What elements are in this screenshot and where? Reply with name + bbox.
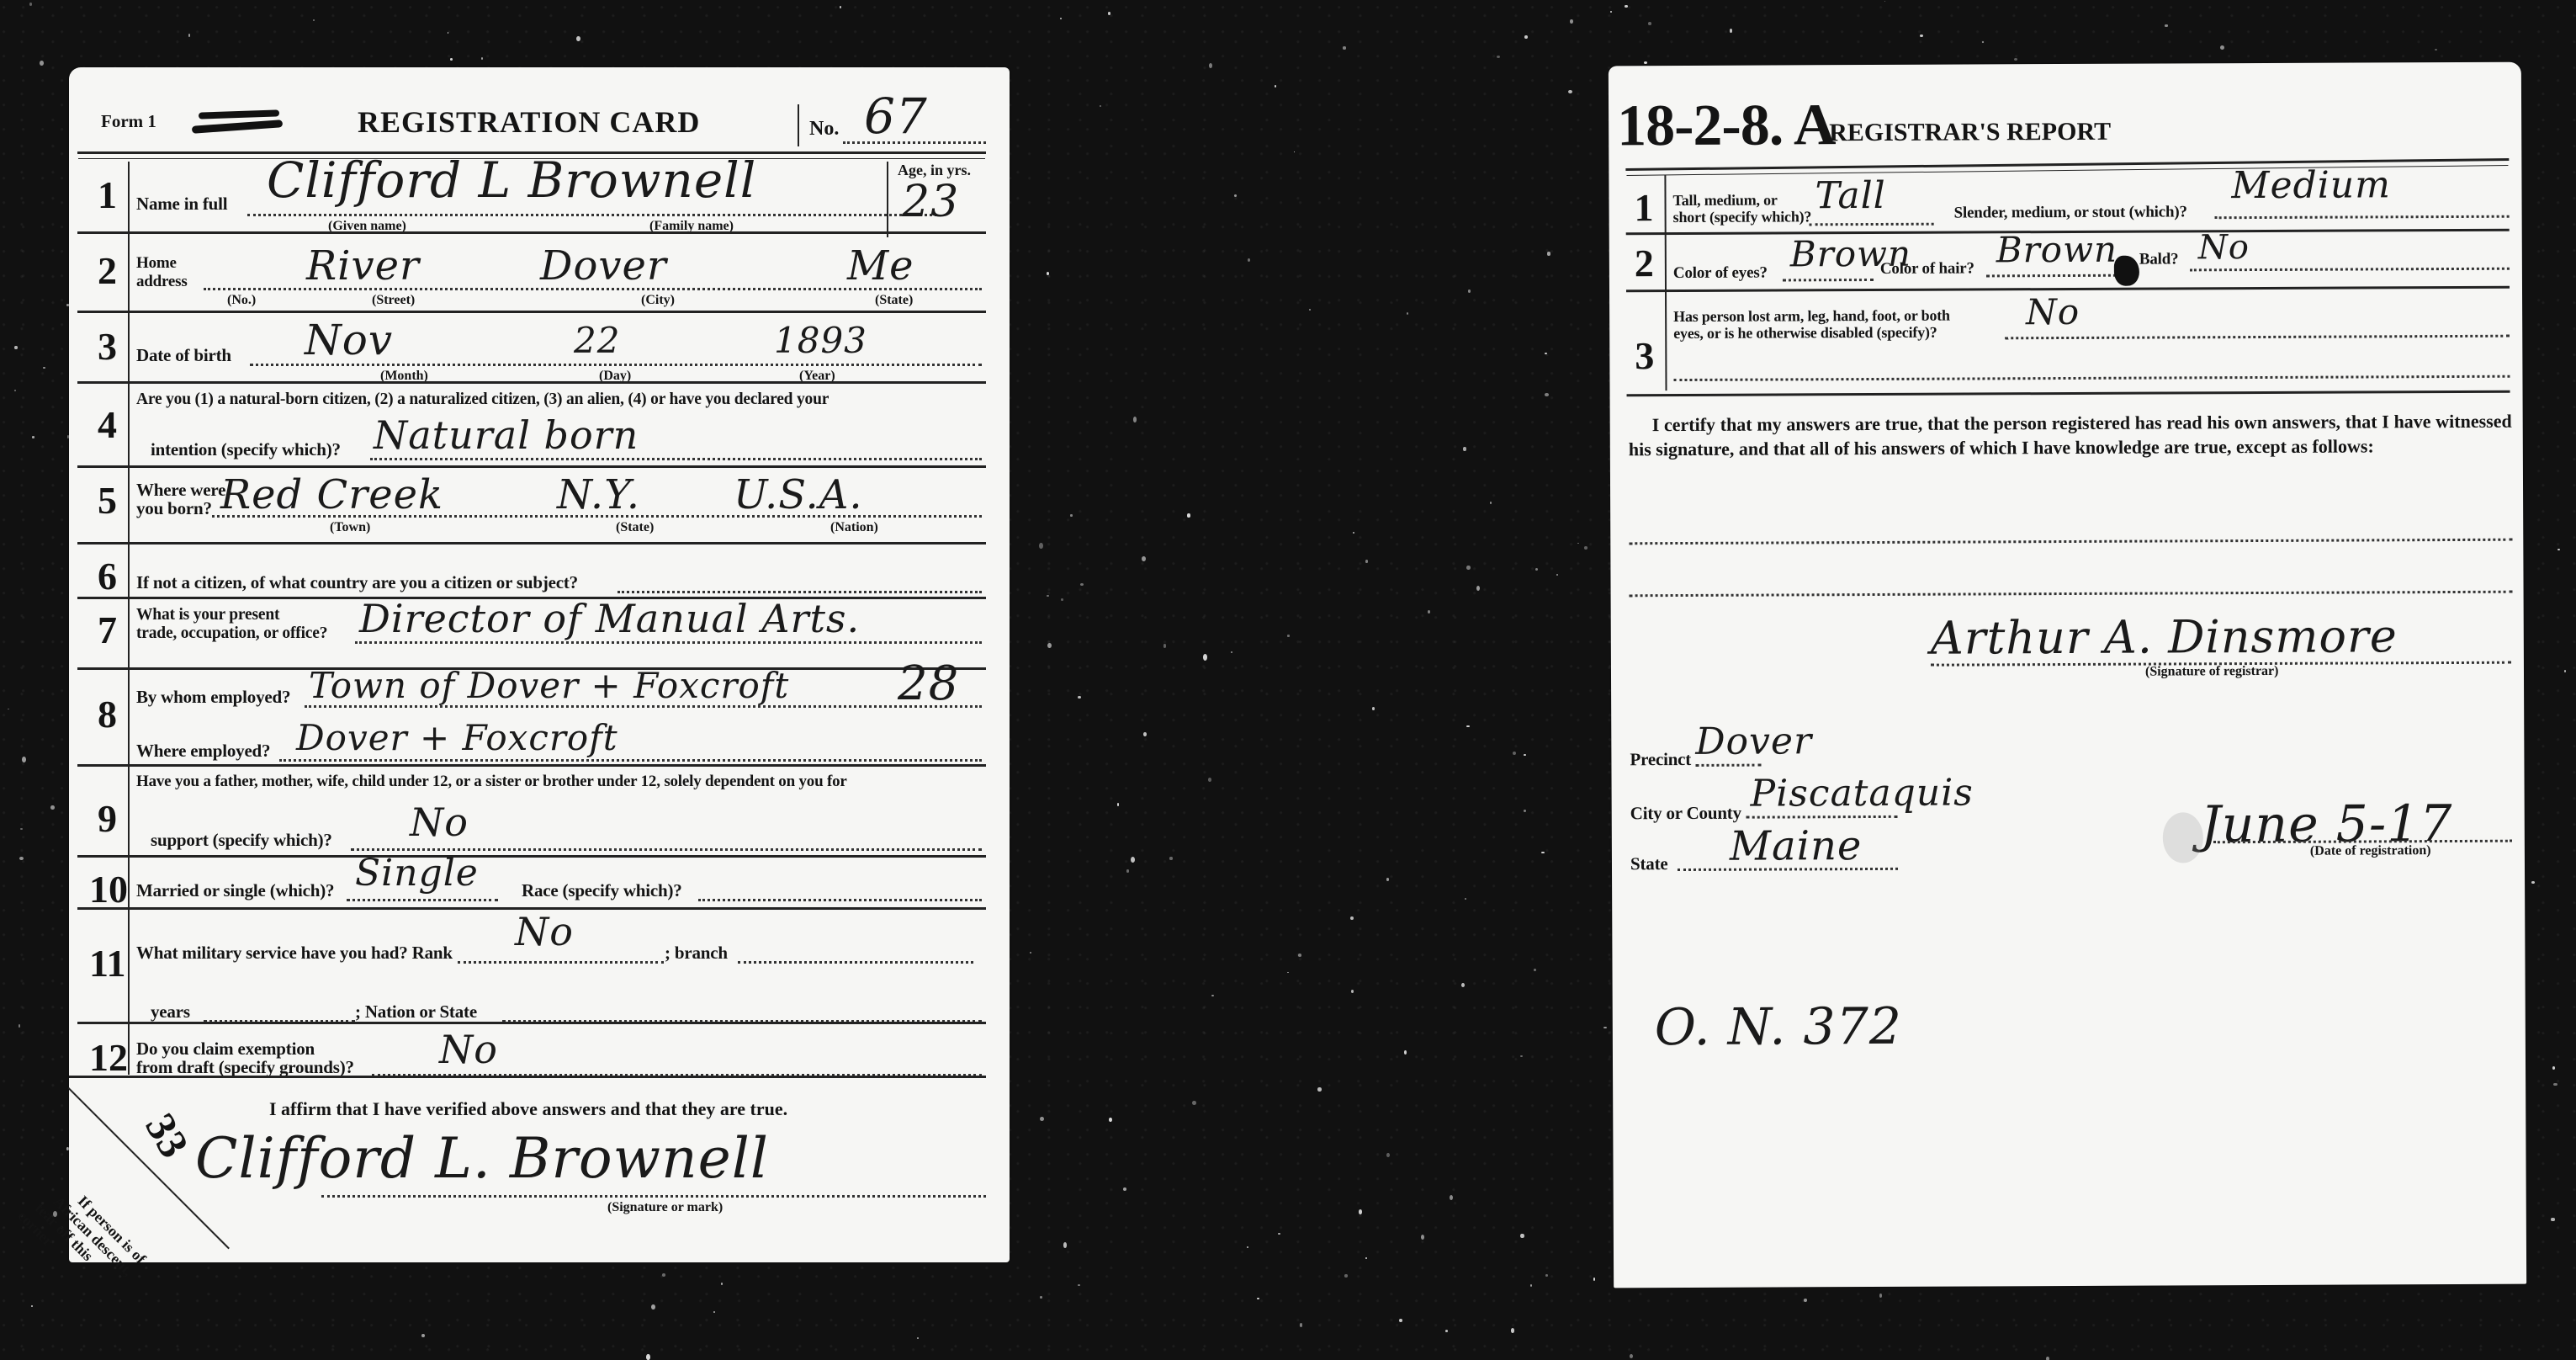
- divider: [798, 104, 799, 146]
- foreign-citizenship-label: If not a citizen, of what country are yo…: [136, 572, 578, 593]
- noise-speck: [1248, 258, 1250, 262]
- row-rule: [77, 231, 986, 234]
- noise-speck: [2435, 49, 2437, 50]
- row-number: 12: [89, 1035, 128, 1080]
- noise-speck: [1365, 560, 1368, 563]
- number-label: No.: [809, 118, 839, 141]
- build-label: Slender, medium, or stout (which)?: [1954, 203, 2187, 222]
- noise-speck: [1040, 1117, 1044, 1121]
- noise-speck: [1541, 852, 1544, 853]
- dob-year: 1893: [774, 320, 867, 361]
- citizenship-question: Are you (1) a natural-born citizen, (2) …: [136, 390, 829, 409]
- hair-color-value: Brown: [1996, 229, 2118, 271]
- citizenship-value: Natural born: [374, 412, 639, 458]
- noise-speck: [1804, 1299, 1807, 1302]
- noise-speck: [1625, 5, 1627, 8]
- ink-blot: [2114, 256, 2139, 286]
- noise-speck: [1524, 754, 1526, 756]
- sublabel: (Street): [372, 293, 415, 308]
- noise-speck: [2551, 1218, 2554, 1220]
- noise-speck: [1879, 1294, 1882, 1298]
- noise-speck: [1117, 803, 1120, 806]
- noise-speck: [448, 32, 449, 34]
- noise-speck: [1465, 898, 1466, 900]
- noise-speck: [1211, 995, 1214, 996]
- military-rank-value: No: [515, 909, 574, 954]
- hair-color-label: Color of hair?: [1880, 259, 1974, 278]
- address-label: Home: [136, 254, 177, 273]
- dotted-line: [1695, 764, 1761, 767]
- military-rank-label: What military service have you had? Rank: [136, 943, 453, 964]
- registration-date-caption: (Date of registration): [2310, 843, 2431, 859]
- dotted-line: [355, 641, 982, 644]
- noise-speck: [1351, 990, 1354, 993]
- row-rule: [77, 855, 986, 858]
- noise-speck: [1463, 447, 1466, 451]
- noise-speck: [1298, 954, 1301, 957]
- noise-speck: [1344, 1274, 1348, 1277]
- noise-speck: [1520, 1055, 1522, 1057]
- birth-town: Red Creek: [220, 471, 443, 518]
- marital-status-value: Single: [355, 852, 479, 895]
- state-value: Maine: [1730, 822, 1863, 870]
- noise-speck: [1287, 972, 1289, 973]
- signature-line: [321, 1195, 986, 1198]
- row-rule: [1627, 390, 2510, 397]
- dotted-line: [2190, 268, 2510, 272]
- row-number: 7: [98, 608, 117, 652]
- card-number: 67: [864, 88, 928, 145]
- dependents-question: Have you a father, mother, wife, child u…: [136, 773, 847, 791]
- noise-speck: [1275, 85, 1277, 88]
- street-value: River: [306, 242, 420, 290]
- noise-speck: [1407, 312, 1408, 315]
- noise-speck: [8, 709, 9, 710]
- registrar-caption: (Signature of registrar): [2145, 664, 2279, 680]
- noise-speck: [721, 1283, 723, 1284]
- birthplace-label: you born?: [136, 498, 212, 519]
- dotted-line: [458, 961, 664, 964]
- noise-speck: [1468, 290, 1471, 293]
- race-label: Race (specify which)?: [522, 880, 682, 901]
- row-number: 1: [98, 173, 117, 217]
- sublabel: (State): [616, 520, 654, 535]
- noise-speck: [1513, 752, 1516, 755]
- dotted-line: [347, 899, 498, 901]
- row-rule: [77, 465, 986, 468]
- noise-speck: [1131, 857, 1135, 863]
- noise-speck: [450, 58, 453, 61]
- noise-speck: [1070, 514, 1072, 517]
- row-rule: [69, 1076, 986, 1078]
- noise-speck: [1047, 272, 1049, 275]
- annotation-note: O. N. 372: [1655, 997, 1902, 1057]
- row-rule: [77, 764, 986, 767]
- state-value: Me: [847, 242, 914, 290]
- signature-caption: (Signature or mark): [607, 1200, 723, 1215]
- build-value: Medium: [2231, 163, 2391, 207]
- noise-speck: [188, 34, 191, 37]
- noise-speck: [1231, 651, 1232, 654]
- dotted-line: [2005, 335, 2510, 340]
- bald-value: No: [2198, 228, 2250, 267]
- noise-speck: [1063, 1242, 1067, 1248]
- tear-off-note: If person is of African descent, tear of…: [14, 1170, 150, 1305]
- noise-speck: [1040, 1296, 1042, 1299]
- noise-speck: [1278, 1233, 1280, 1235]
- noise-speck: [840, 6, 841, 8]
- noise-speck: [1126, 869, 1130, 872]
- dotted-line: [279, 759, 982, 762]
- noise-speck: [1884, 1, 1886, 2]
- noise-speck: [1490, 502, 1492, 504]
- noise-speck: [1080, 583, 1084, 586]
- noise-speck: [1350, 916, 1354, 920]
- noise-speck: [2046, 1357, 2049, 1360]
- noise-speck: [1520, 1234, 1524, 1239]
- noise-speck: [313, 19, 315, 21]
- noise-speck: [1603, 1027, 1606, 1029]
- height-label: Tall, medium, or: [1672, 191, 1777, 210]
- row-number: 2: [98, 248, 117, 293]
- noise-speck: [22, 757, 26, 762]
- noise-speck: [1353, 532, 1354, 534]
- noise-speck: [1300, 1323, 1302, 1326]
- card-title: REGISTRATION CARD: [358, 104, 700, 140]
- precinct-value: Dover: [1695, 720, 1812, 763]
- noise-speck: [1577, 543, 1579, 544]
- divider: [887, 162, 888, 237]
- row-number: 10: [89, 867, 128, 911]
- noise-speck: [1445, 1330, 1448, 1332]
- noise-speck: [713, 1311, 715, 1313]
- dotted-line: [1746, 815, 1898, 819]
- noise-speck: [1584, 546, 1588, 550]
- noise-speck: [2553, 1083, 2557, 1086]
- registrars-report-card: 18-2-8. A REGISTRAR'S REPORT 1 Tall, med…: [1609, 62, 2526, 1288]
- crossed-out-mark: [192, 106, 284, 135]
- noise-speck: [1294, 151, 1296, 152]
- noise-speck: [1644, 61, 1647, 64]
- certification-text: I certify that my answers are true, that…: [1629, 409, 2512, 462]
- disability-label: Has person lost arm, leg, hand, foot, or…: [1673, 307, 1950, 326]
- noise-speck: [481, 57, 483, 60]
- noise-speck: [1030, 952, 1031, 954]
- noise-speck: [1208, 778, 1211, 782]
- noise-speck: [1547, 252, 1550, 255]
- marital-status-label: Married or single (which)?: [136, 880, 334, 901]
- noise-speck: [1287, 635, 1291, 637]
- row-rule: [77, 1022, 986, 1024]
- noise-speck: [421, 1334, 425, 1337]
- noise-speck: [1404, 1050, 1407, 1055]
- noise-speck: [1535, 568, 1538, 571]
- precinct-label: Precinct: [1630, 749, 1691, 770]
- stamp-number: 33: [135, 1105, 199, 1166]
- form-code: 18-2-8. A: [1617, 92, 1836, 160]
- faint-smudge: [2163, 812, 2203, 863]
- noise-speck: [40, 61, 44, 66]
- noise-speck: [1466, 725, 1470, 728]
- eye-color-label: Color of eyes?: [1673, 264, 1768, 283]
- noise-speck: [2557, 549, 2560, 550]
- noise-speck: [1133, 417, 1137, 422]
- registration-card: Form 1 REGISTRATION CARD No. 67 1 Name i…: [69, 67, 1010, 1262]
- birth-state: N.Y.: [557, 471, 640, 518]
- report-title: REGISTRAR'S REPORT: [1829, 118, 2111, 147]
- noise-speck: [1450, 1195, 1453, 1200]
- noise-speck: [1109, 1118, 1111, 1122]
- noise-speck: [1372, 707, 1375, 710]
- sublabel: (City): [641, 293, 675, 308]
- dotted-line: [351, 848, 982, 851]
- noise-speck: [1524, 35, 1528, 39]
- noise-speck: [651, 1304, 655, 1310]
- noise-speck: [1061, 598, 1063, 602]
- noise-speck: [1630, 1354, 1633, 1358]
- noise-speck: [2014, 58, 2017, 61]
- noise-speck: [1047, 643, 1052, 648]
- height-value: Tall: [1815, 174, 1886, 217]
- row-number: 5: [98, 478, 117, 523]
- exception-line: [1630, 591, 2513, 598]
- noise-speck: [31, 1305, 33, 1307]
- exemption-value: No: [439, 1027, 498, 1072]
- noise-speck: [1169, 857, 1173, 859]
- noise-speck: [1568, 90, 1572, 93]
- noise-speck: [1421, 1235, 1424, 1240]
- dotted-line: [1783, 279, 1874, 281]
- row-number: 6: [98, 554, 117, 598]
- noise-speck: [1078, 1284, 1080, 1286]
- noise-speck: [1108, 12, 1110, 14]
- noise-speck: [1317, 1087, 1321, 1092]
- noise-speck: [1234, 194, 1237, 197]
- noise-speck: [662, 1273, 665, 1277]
- occupation-label: trade, occupation, or office?: [136, 624, 327, 643]
- noise-speck: [1920, 35, 1923, 37]
- registrant-signature: Clifford L. Brownell: [195, 1126, 769, 1191]
- noise-speck: [14, 346, 17, 349]
- noise-speck: [1209, 63, 1212, 68]
- noise-speck: [29, 3, 32, 5]
- noise-speck: [1982, 41, 1984, 43]
- noise-speck: [1100, 105, 1101, 107]
- dob-month: Nov: [305, 316, 393, 364]
- row-number: 3: [1635, 333, 1654, 378]
- noise-speck: [1593, 1278, 1596, 1281]
- noise-speck: [32, 436, 35, 438]
- dotted-line: [1810, 223, 1934, 226]
- noise-speck: [1309, 309, 1311, 311]
- disability-value: No: [2026, 291, 2080, 332]
- noise-speck: [1187, 513, 1190, 517]
- age-value: 23: [902, 177, 959, 227]
- noise-speck: [1730, 29, 1733, 34]
- noise-speck: [1359, 1209, 1362, 1214]
- noise-speck: [43, 367, 45, 369]
- noise-speck: [1545, 1274, 1548, 1278]
- number-column-rule: [1664, 175, 1667, 390]
- dotted-line: [617, 591, 982, 593]
- registrar-signature: Arthur A. Dinsmore: [1931, 609, 2398, 664]
- dob-day: 22: [574, 320, 620, 361]
- noise-speck: [2220, 45, 2224, 50]
- noise-speck: [1257, 1298, 1259, 1299]
- noise-speck: [1386, 1153, 1390, 1157]
- noise-speck: [1399, 1319, 1402, 1322]
- affirmation-text: I affirm that I have verified above answ…: [269, 1098, 787, 1120]
- noise-speck: [1078, 696, 1081, 699]
- sublabel: (State): [875, 293, 913, 308]
- employer-value: Town of Dover + Foxcroft: [309, 665, 789, 706]
- noise-speck: [1365, 1257, 1367, 1259]
- row-number: 9: [98, 796, 117, 841]
- military-branch-label: ; branch: [665, 943, 728, 964]
- height-label: short (specify which)?: [1673, 208, 1812, 226]
- exception-line: [1629, 539, 2512, 545]
- row-rule: [77, 381, 986, 384]
- noise-speck: [1123, 1187, 1126, 1191]
- dependents-value: No: [410, 800, 469, 845]
- row-number: 2: [1635, 241, 1654, 285]
- noise-speck: [1143, 732, 1148, 736]
- noise-speck: [576, 36, 580, 41]
- city-value: Dover: [540, 242, 667, 290]
- row-number: 11: [89, 941, 125, 985]
- county-value: Piscataquis: [1751, 771, 1974, 815]
- work-location-value: Dover + Foxcroft: [296, 717, 618, 758]
- noise-speck: [1534, 969, 1536, 971]
- dotted-line: [843, 141, 986, 144]
- form-label: Form 1: [101, 111, 156, 132]
- occupation-label: What is your present: [136, 606, 279, 624]
- noise-speck: [1386, 878, 1390, 880]
- noise-speck: [1545, 353, 1547, 354]
- citizenship-label: intention (specify which)?: [151, 439, 341, 460]
- address-label: address: [136, 273, 188, 291]
- row-number: 8: [98, 692, 117, 736]
- military-years-label: years: [151, 1001, 190, 1023]
- dependents-label: support (specify which)?: [151, 830, 332, 851]
- work-location-label: Where employed?: [136, 741, 270, 762]
- noise-speck: [1610, 11, 1612, 13]
- occupation-value: Director of Manual Arts.: [359, 596, 860, 641]
- noise-speck: [1203, 654, 1207, 661]
- dotted-line: [698, 899, 982, 901]
- noise-speck: [1476, 586, 1480, 591]
- name-label: Name in full: [136, 194, 227, 215]
- sublabel: (No.): [227, 293, 256, 308]
- noise-speck: [2564, 670, 2566, 672]
- noise-speck: [50, 805, 54, 810]
- noise-speck: [1497, 56, 1501, 59]
- row-number: 3: [98, 324, 117, 369]
- noise-speck: [19, 857, 24, 860]
- number-column-rule: [128, 162, 130, 1075]
- sublabel: (Town): [330, 520, 370, 535]
- noise-speck: [1570, 19, 1573, 24]
- employer-label: By whom employed?: [136, 687, 290, 708]
- noise-speck: [1039, 543, 1043, 550]
- noise-speck: [19, 1024, 21, 1028]
- row-number: 4: [98, 402, 117, 447]
- noise-speck: [1524, 810, 1526, 812]
- noise-speck: [1466, 566, 1471, 571]
- noise-speck: [917, 1337, 919, 1339]
- county-label: City or County: [1630, 803, 1741, 825]
- noise-speck: [1343, 46, 1347, 49]
- noise-speck: [646, 1354, 649, 1360]
- noise-speck: [1060, 18, 1062, 19]
- noise-speck: [1545, 393, 1549, 396]
- sublabel: (Nation): [830, 520, 878, 535]
- noise-speck: [1428, 610, 1430, 614]
- disability-label: eyes, or is he otherwise disabled (speci…: [1673, 324, 1937, 343]
- row-rule: [77, 311, 986, 313]
- name-value: Clifford L Brownell: [267, 151, 756, 209]
- noise-speck: [1556, 574, 1558, 576]
- state-label: State: [1630, 853, 1668, 874]
- row-number: 1: [1634, 185, 1653, 230]
- noise-speck: [1511, 1328, 1514, 1333]
- dotted-line: [1673, 375, 2510, 381]
- dotted-line: [247, 214, 937, 216]
- noise-speck: [1163, 644, 1167, 647]
- dotted-line: [2215, 215, 2510, 220]
- noise-speck: [14, 390, 16, 392]
- military-nation-label: ; Nation or State: [355, 1001, 477, 1023]
- dob-label: Date of birth: [136, 345, 231, 366]
- noise-speck: [1461, 983, 1465, 987]
- noise-speck: [1648, 22, 1651, 25]
- dotted-line: [370, 458, 982, 460]
- noise-speck: [20, 828, 23, 830]
- noise-speck: [1530, 1284, 1532, 1287]
- noise-speck: [1192, 1101, 1196, 1105]
- row-rule: [77, 542, 986, 545]
- dotted-line: [738, 961, 973, 964]
- birth-nation: U.S.A.: [734, 471, 863, 518]
- noise-speck: [2165, 24, 2168, 26]
- noise-speck: [1247, 1246, 1248, 1248]
- noise-speck: [2552, 1066, 2555, 1070]
- bald-label: Bald?: [2139, 250, 2179, 268]
- noise-speck: [1142, 556, 1146, 561]
- noise-speck: [1047, 595, 1048, 597]
- noise-speck: [2531, 881, 2535, 884]
- employer-note: 28: [898, 656, 959, 711]
